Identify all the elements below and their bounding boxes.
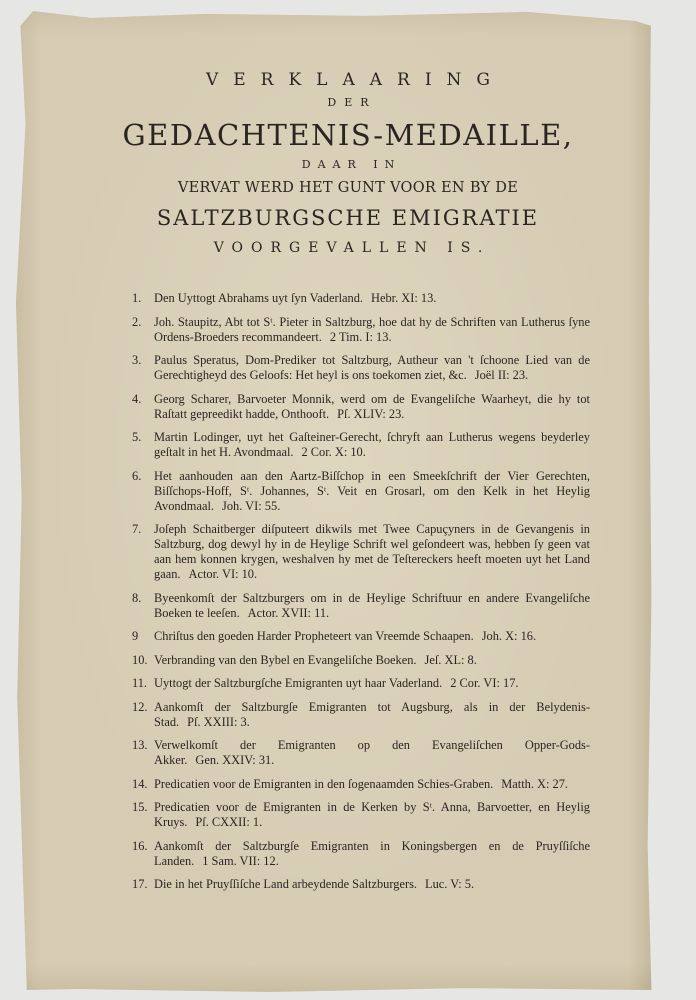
item-number: 13. [132,738,154,753]
scripture-reference: Pſ. XXIII: 3. [187,715,250,729]
item-text: Het aanhouden aan den Aartz-Biſſchop in … [154,469,590,513]
scripture-reference: Actor. VI: 10. [189,567,258,581]
list-item: 5.Martin Lodinger, uyt het Gaſteiner-Ger… [128,430,590,460]
item-number: 7. [132,522,154,537]
scripture-reference: Gen. XXIV: 31. [195,753,274,767]
list-item: 6.Het aanhouden aan den Aartz-Biſſchop i… [128,469,590,514]
list-item: 2.Joh. Staupitz, Abt tot Sᵗ. Pieter in S… [128,315,590,345]
scripture-reference: 2 Cor. VI: 17. [450,676,518,690]
title-line-verklaaring: VERKLAARING [0,70,696,96]
list-item: 3.Paulus Speratus, Dom-Prediker tot Salt… [128,353,590,383]
scripture-reference: Pſ. CXXII: 1. [195,815,262,829]
list-item: 13.Verwelkomſt der Emigranten op den Eva… [128,738,590,768]
scripture-reference: Pſ. XLIV: 23. [337,407,404,421]
item-text: Verbranding van den Bybel en Evangeliſch… [154,653,417,667]
item-number: 8. [132,591,154,606]
item-number: 15. [132,800,154,815]
title-line-emigratie: SALTZBURGSCHE EMIGRATIE [0,206,696,240]
scripture-reference: Joël II: 23. [475,368,528,382]
list-item: 16.Aankomſt der Saltzburgſe Emigranten i… [128,839,590,869]
scripture-reference: 2 Cor. X: 10. [301,445,365,459]
item-number: 9 [132,629,154,644]
scripture-reference: Hebr. XI: 13. [371,291,436,305]
list-item: 10.Verbranding van den Bybel en Evangeli… [128,653,590,668]
item-number: 3. [132,353,154,368]
list-item: 11.Uyttogt der Saltzburgſche Emigranten … [128,676,590,691]
scripture-reference: Jeſ. XL: 8. [425,653,477,667]
list-item: 9Chriſtus den goeden Harder Propheteert … [128,629,590,644]
scripture-reference: Joh. X: 16. [482,629,536,643]
scripture-reference: 1 Sam. VII: 12. [202,854,279,868]
item-number: 2. [132,315,154,330]
document-title: VERKLAARING DER GEDACHTENIS-MEDAILLE, DA… [0,70,696,266]
scripture-reference: Luc. V: 5. [425,877,474,891]
item-text: Martin Lodinger, uyt het Gaſteiner-Gerec… [154,430,590,459]
list-item: 8.Byeenkomſt der Saltzburgers om in de H… [128,591,590,621]
list-item: 12.Aankomſt der Saltzburgſe Emigranten t… [128,700,590,730]
item-number: 14. [132,777,154,792]
list-item: 4.Georg Scharer, Barvoeter Monnik, werd … [128,392,590,422]
item-number: 1. [132,291,154,306]
item-number: 17. [132,877,154,892]
item-text: Byeenkomſt der Saltzburgers om in de Hey… [154,591,590,620]
item-text: Uyttogt der Saltzburgſche Emigranten uyt… [154,676,442,690]
scripture-reference: 2 Tim. I: 13. [330,330,392,344]
list-item: 15.Predicatien voor de Emigranten in de … [128,800,590,830]
list-item: 1.Den Uyttogt Abrahams uyt ſyn Vaderland… [128,291,590,306]
item-number: 6. [132,469,154,484]
item-number: 11. [132,676,154,691]
title-line-medaille: GEDACHTENIS-MEDAILLE, [0,118,696,158]
scripture-reference: Matth. X: 27. [501,777,568,791]
title-line-daar-in: DAAR IN [0,158,696,180]
scripture-reference: Joh. VI: 55. [222,499,280,513]
list-item: 17.Die in het Pruyſſiſche Land arbeydend… [128,877,590,892]
item-number: 5. [132,430,154,445]
title-line-der: DER [0,96,696,118]
title-line-voorgevallen: VOORGEVALLEN IS. [0,240,696,266]
list-item: 14.Predicatien voor de Emigranten in den… [128,777,590,792]
item-number: 10. [132,653,154,668]
item-text: Predicatien voor de Emigranten in den ſo… [154,777,493,791]
item-number: 4. [132,392,154,407]
item-number: 16. [132,839,154,854]
numbered-list: 1.Den Uyttogt Abrahams uyt ſyn Vaderland… [128,291,590,901]
scripture-reference: Actor. XVII: 11. [248,606,329,620]
title-line-vervat: VERVAT WERD HET GUNT VOOR EN BY DE [0,180,696,206]
item-text: Die in het Pruyſſiſche Land arbeydende S… [154,877,417,891]
item-number: 12. [132,700,154,715]
item-text: Den Uyttogt Abrahams uyt ſyn Vaderland. [154,291,363,305]
item-text: Chriſtus den goeden Harder Propheteert v… [154,629,474,643]
list-item: 7.Joſeph Schaitberger diſputeert dikwils… [128,522,590,582]
